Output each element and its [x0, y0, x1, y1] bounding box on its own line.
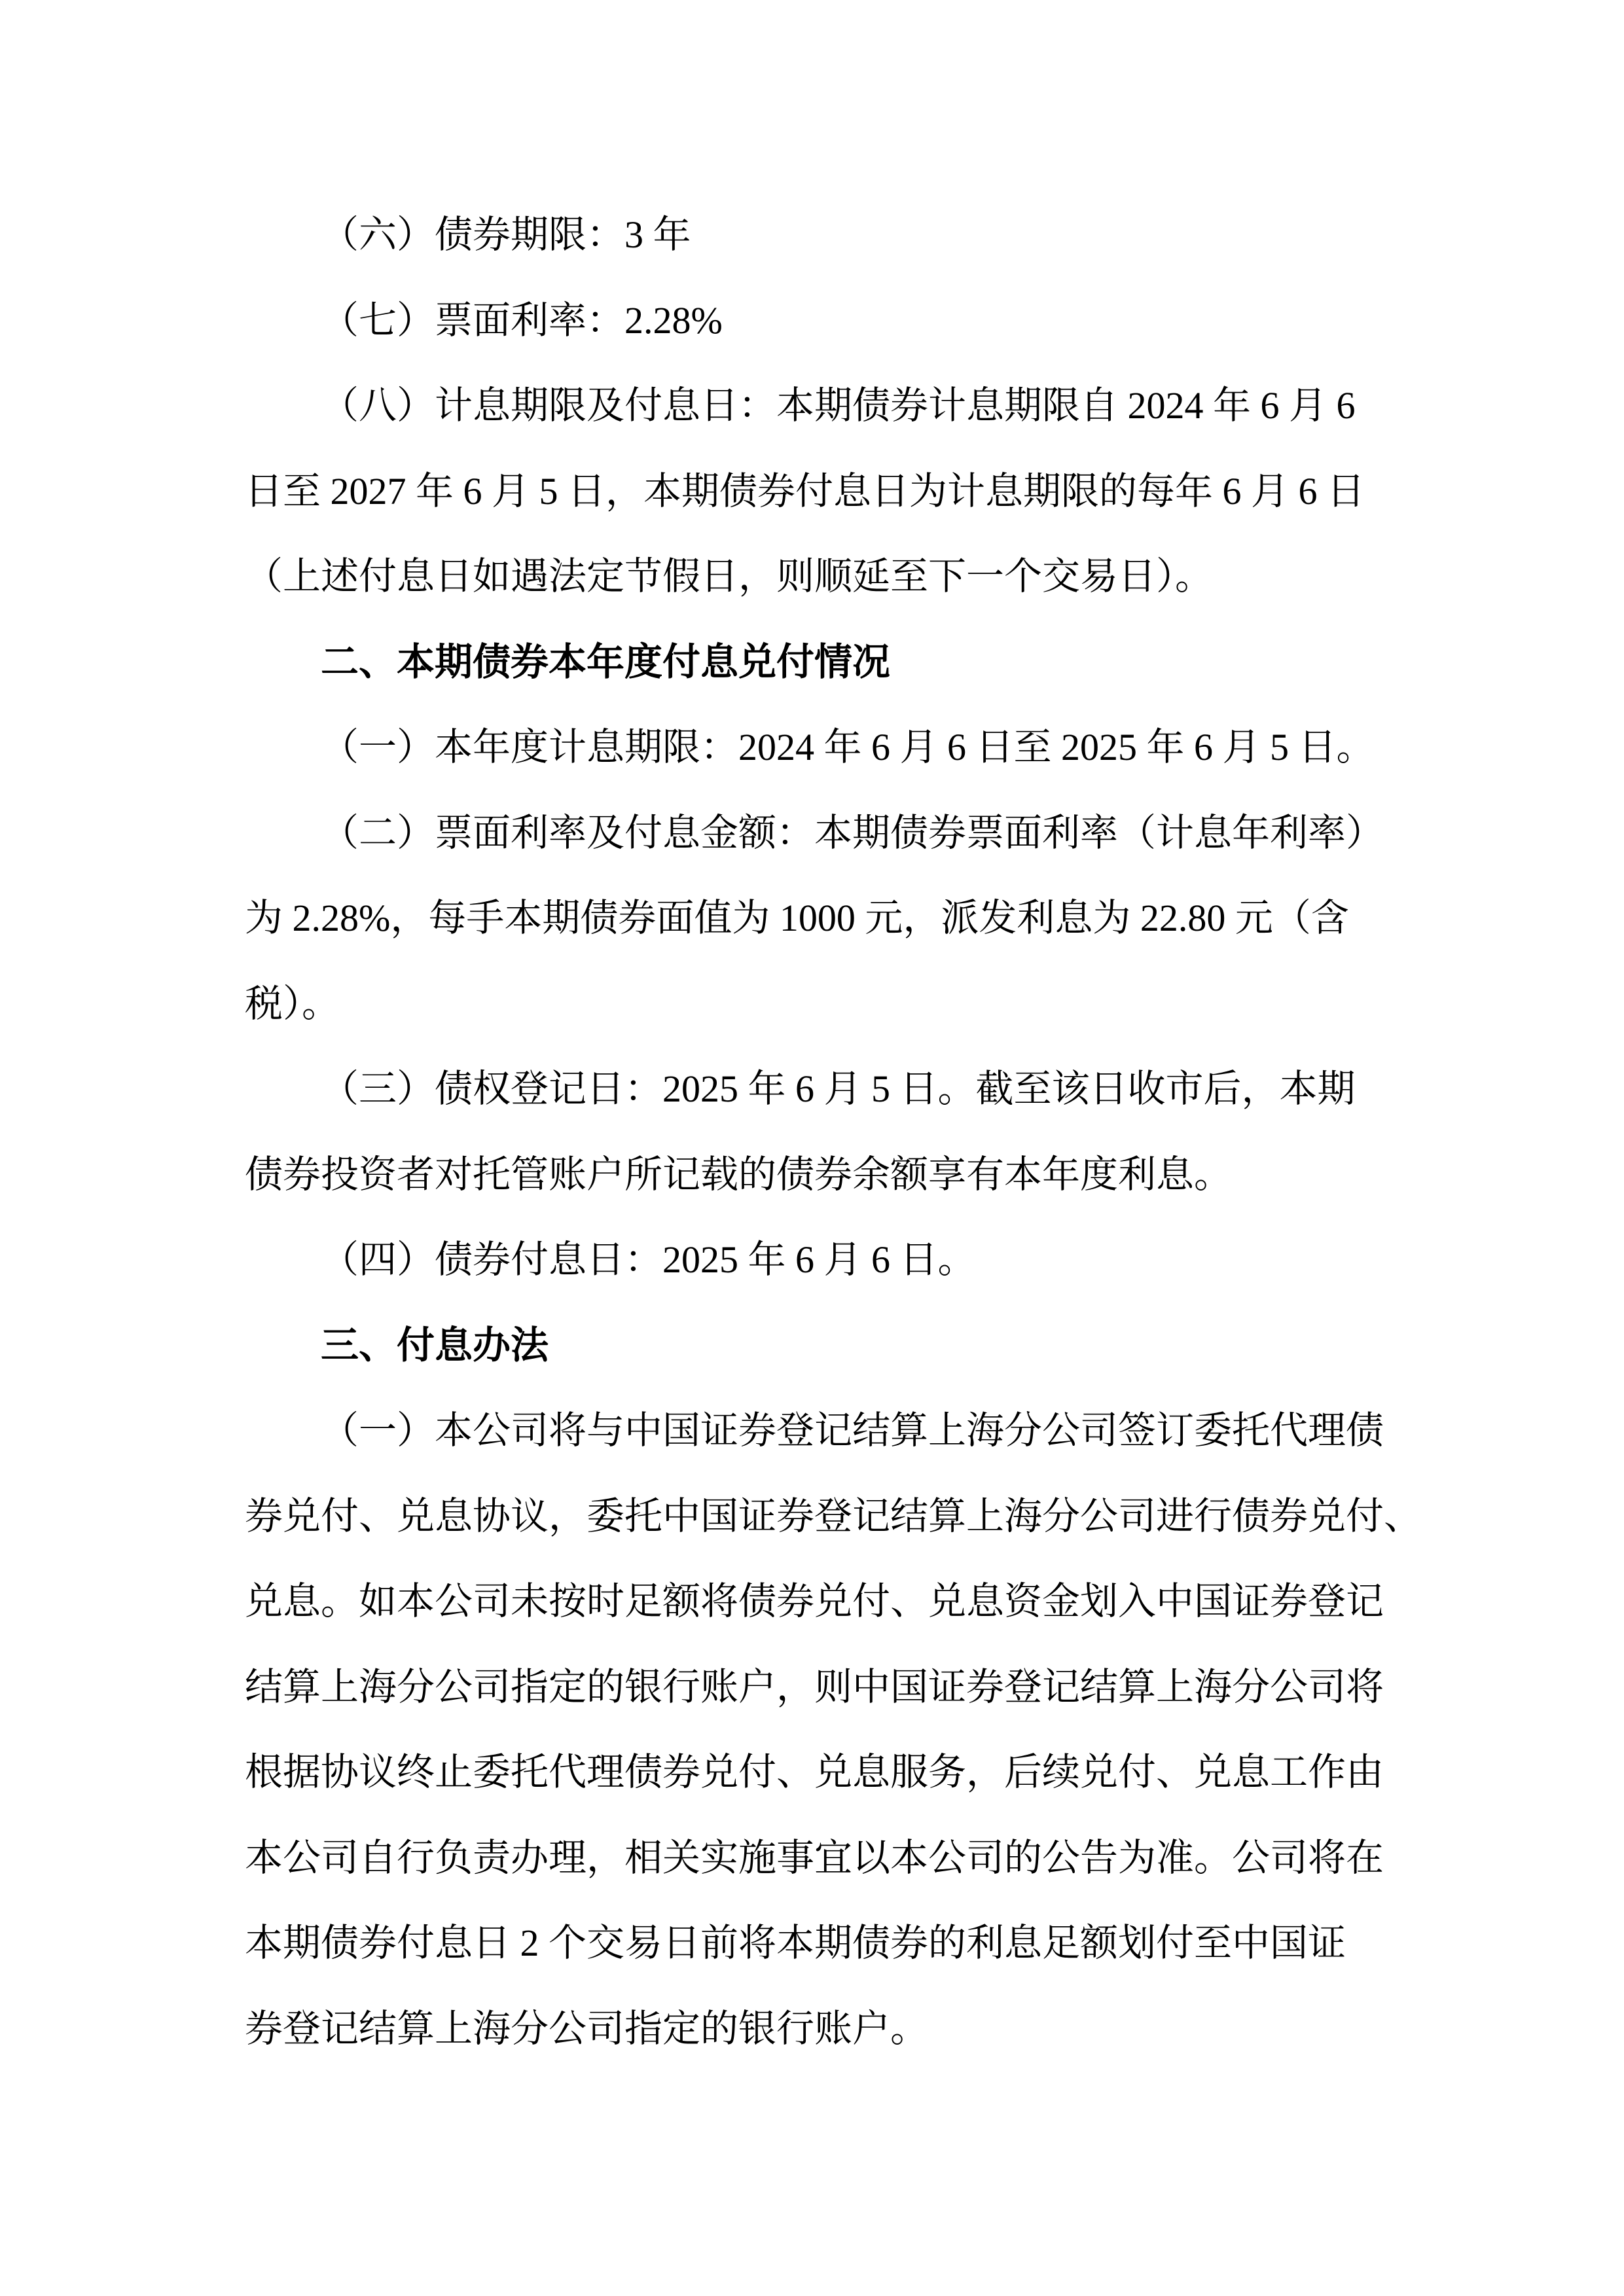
- line-rate-and-amount-1: （二）票面利率及付息金额：本期债券票面利率（计息年利率）: [245, 791, 1379, 876]
- line-rate-and-amount-3: 税）。: [245, 961, 1379, 1047]
- section-heading-payment-status: 二、本期债券本年度付息兑付情况: [245, 620, 1379, 706]
- section-heading-payment-method: 三、付息办法: [245, 1303, 1379, 1389]
- document-body: （六）债券期限：3 年 （七）票面利率：2.28% （八）计息期限及付息日：本期…: [245, 192, 1379, 2072]
- document-page: （六）债券期限：3 年 （七）票面利率：2.28% （八）计息期限及付息日：本期…: [0, 0, 1624, 2296]
- line-payment-method-6: 本公司自行负责办理，相关实施事宜以本公司的公告为准。公司将在: [245, 1816, 1379, 1901]
- line-payment-method-5: 根据协议终止委托代理债券兑付、兑息服务，后续兑付、兑息工作由: [245, 1730, 1379, 1816]
- line-coupon-rate: （七）票面利率：2.28%: [245, 278, 1379, 364]
- line-payment-method-3: 兑息。如本公司未按时足额将债券兑付、兑息资金划入中国证券登记: [245, 1559, 1379, 1645]
- line-payment-method-4: 结算上海分公司指定的银行账户，则中国证券登记结算上海分公司将: [245, 1645, 1379, 1731]
- line-record-date-1: （三）债权登记日：2025 年 6 月 5 日。截至该日收市后，本期: [245, 1047, 1379, 1132]
- line-bond-term: （六）债券期限：3 年: [245, 192, 1379, 278]
- line-interest-period-3: （上述付息日如遇法定节假日，则顺延至下一个交易日）。: [245, 534, 1379, 620]
- line-payment-date: （四）债券付息日：2025 年 6 月 6 日。: [245, 1217, 1379, 1303]
- line-annual-interest-period: （一）本年度计息期限：2024 年 6 月 6 日至 2025 年 6 月 5 …: [245, 705, 1379, 791]
- line-record-date-2: 债券投资者对托管账户所记载的债券余额享有本年度利息。: [245, 1132, 1379, 1218]
- line-interest-period-1: （八）计息期限及付息日：本期债券计息期限自 2024 年 6 月 6: [245, 363, 1379, 449]
- line-payment-method-2: 券兑付、兑息协议，委托中国证券登记结算上海分公司进行债券兑付、: [245, 1474, 1379, 1560]
- line-interest-period-2: 日至 2027 年 6 月 5 日，本期债券付息日为计息期限的每年 6 月 6 …: [245, 449, 1379, 535]
- line-payment-method-8: 券登记结算上海分公司指定的银行账户。: [245, 1986, 1379, 2072]
- line-payment-method-7: 本期债券付息日 2 个交易日前将本期债券的利息足额划付至中国证: [245, 1901, 1379, 1986]
- line-rate-and-amount-2: 为 2.28%，每手本期债券面值为 1000 元，派发利息为 22.80 元（含: [245, 876, 1379, 961]
- line-payment-method-1: （一）本公司将与中国证券登记结算上海分公司签订委托代理债: [245, 1388, 1379, 1474]
